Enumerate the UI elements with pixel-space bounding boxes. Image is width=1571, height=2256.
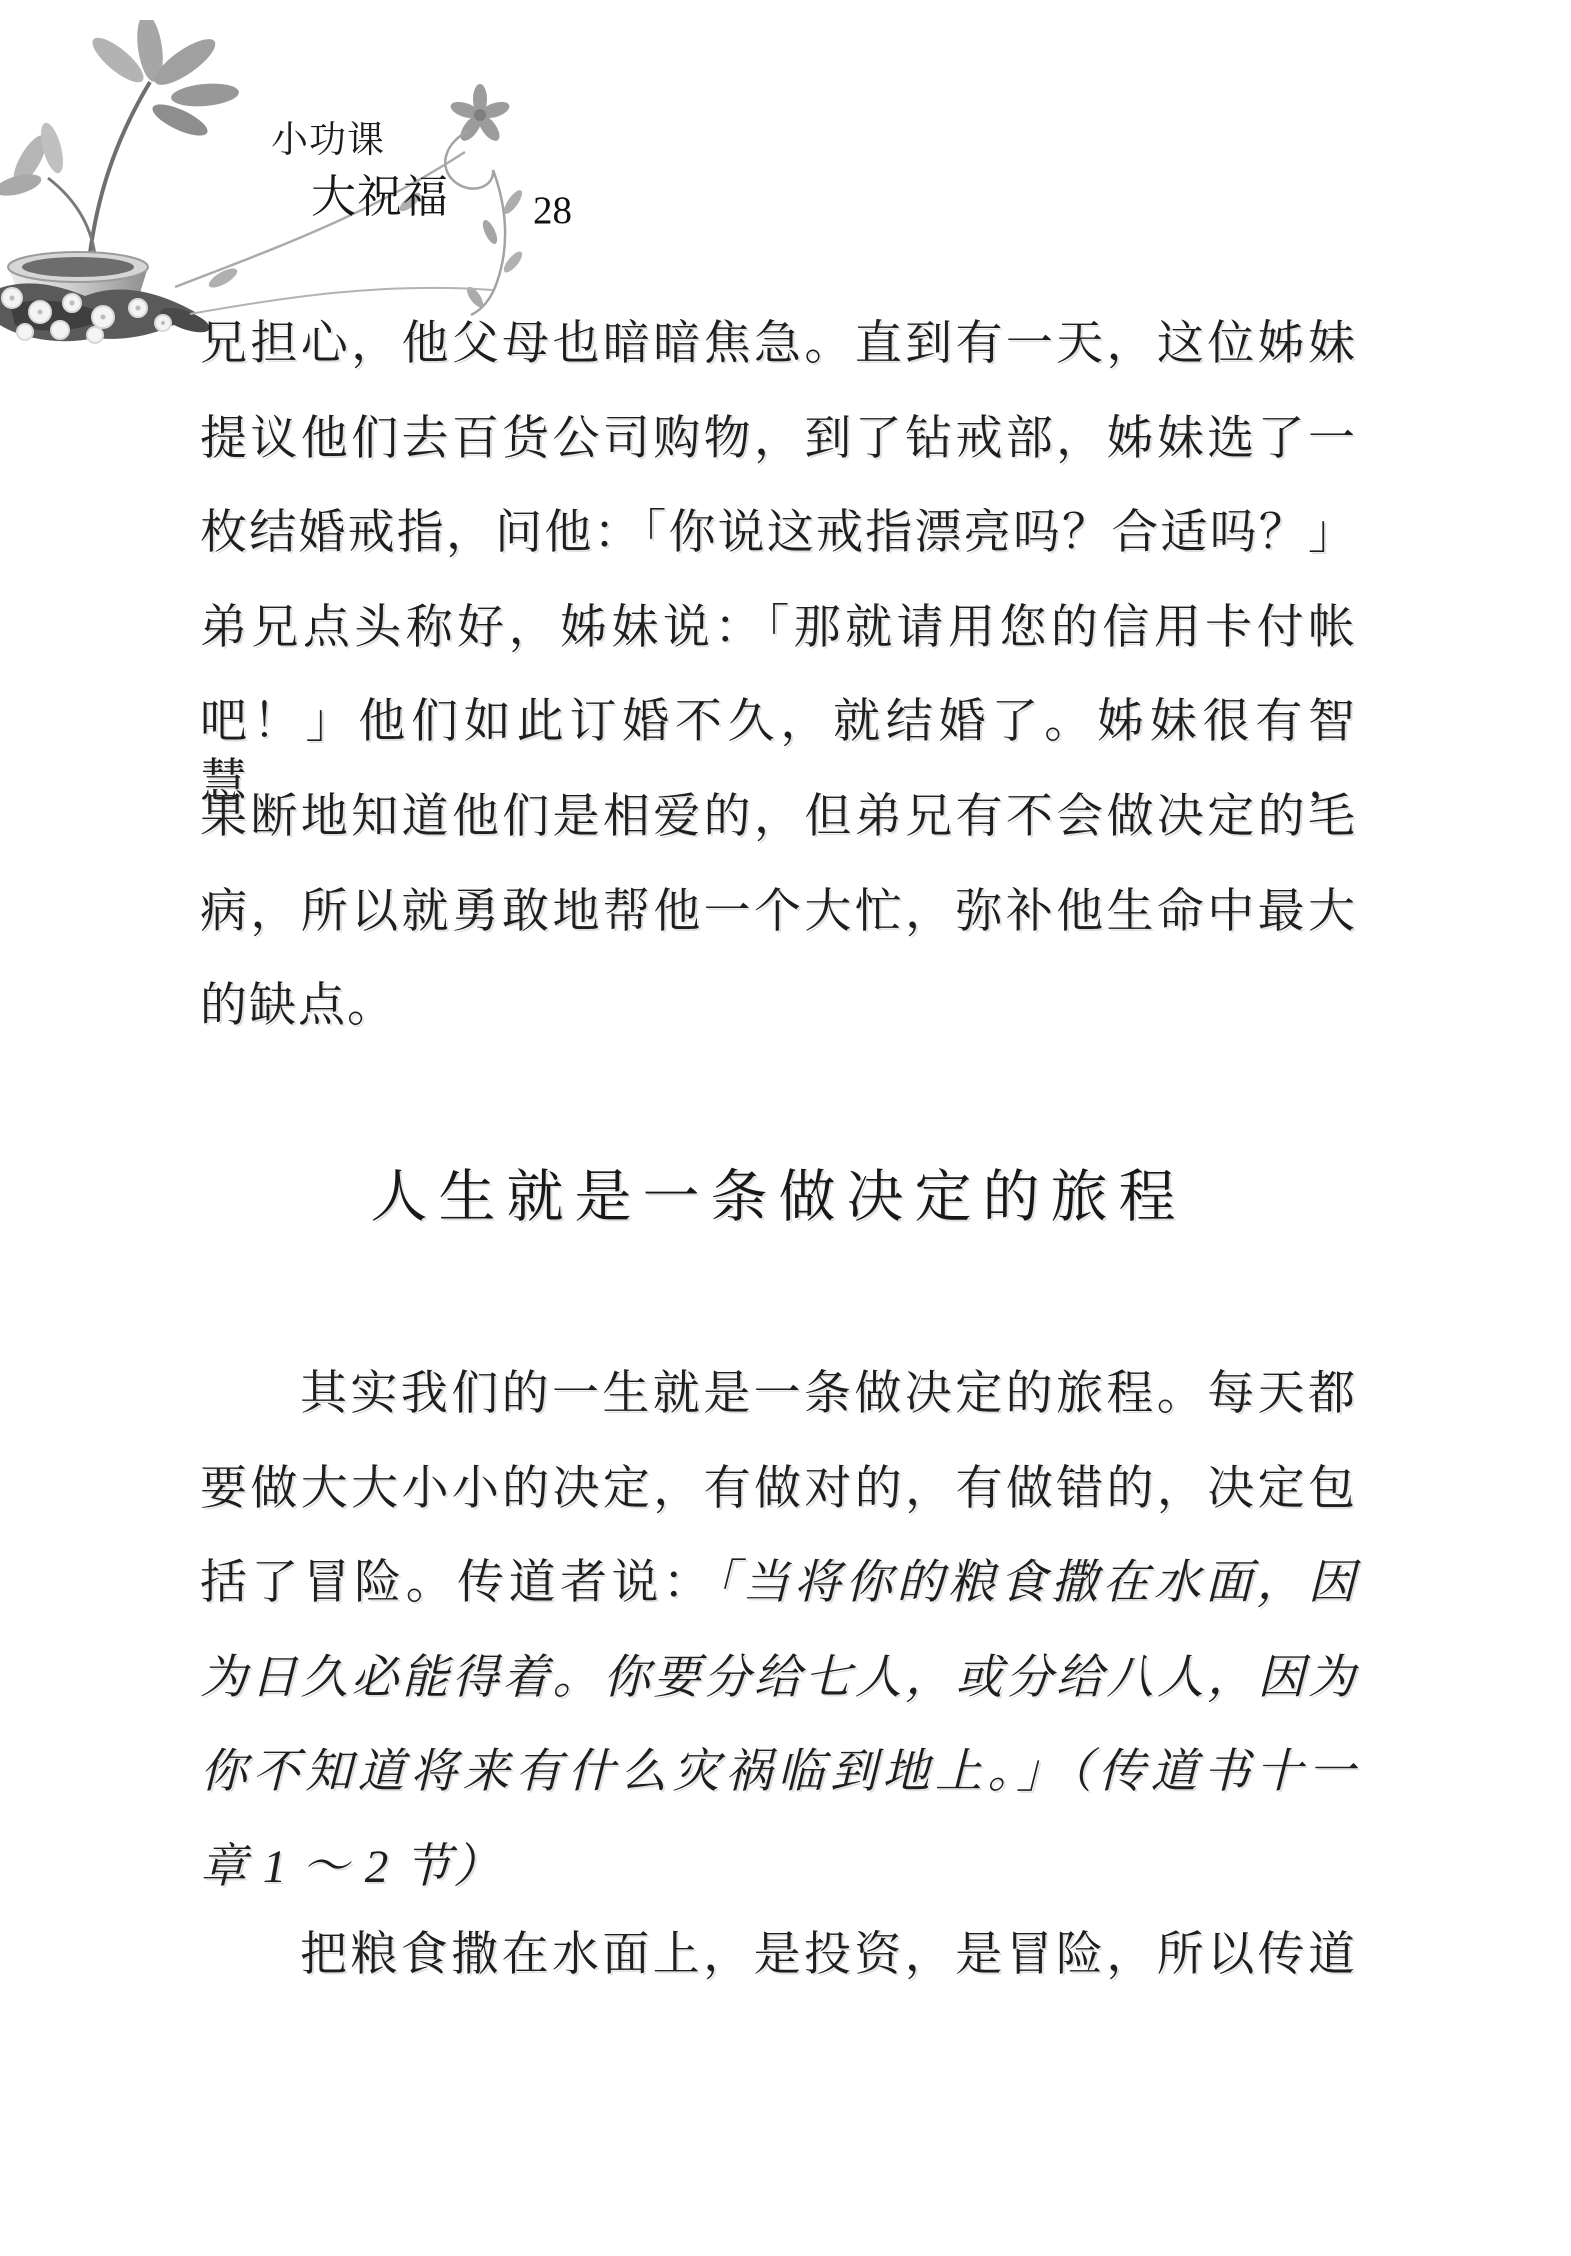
paragraph3-line-1: 把粮食撒在水面上，是投资，是冒险，所以传道 bbox=[200, 1925, 1357, 1985]
paragraph1-line-1: 兄担心，他父母也暗暗焦急。直到有一天，这位姊妹 bbox=[200, 314, 1357, 374]
paragraph1-line-2: 提议他们去百货公司购物，到了钻戒部，姊妹选了一 bbox=[200, 409, 1357, 469]
paragraph1-line-4: 弟兄点头称好，姊妹说：「那就请用您的信用卡付帐 bbox=[200, 598, 1357, 658]
paragraph2-line-3: 括了冒险。传道者说：「当将你的粮食撒在水面，因 bbox=[200, 1553, 1357, 1613]
text-column: 兄担心，他父母也暗暗焦急。直到有一天，这位姊妹 提议他们去百货公司购物，到了钻戒… bbox=[200, 0, 1357, 2256]
paragraph1-line-7: 病，所以就勇敢地帮他一个大忙，弥补他生命中最大 bbox=[200, 882, 1357, 942]
paragraph2-line-6-scripture-reference: 章 1 ～ 2 节） bbox=[200, 1837, 1357, 1897]
paragraph2-line-4: 为日久必能得着。你要分给七人，或分给八人，因为 bbox=[200, 1648, 1357, 1708]
paragraph2-line-5: 你不知道将来有什么灾祸临到地上。」（传道书十一 bbox=[200, 1742, 1357, 1802]
paragraph1-line-8: 的缺点。 bbox=[200, 976, 1357, 1036]
scripture-quote-text: 「当将你的粮食撒在水面，因 bbox=[714, 1557, 1357, 1609]
paragraph2-line-1: 其实我们的一生就是一条做决定的旅程。每天都 bbox=[200, 1364, 1357, 1424]
narration-text: 括了冒险。传道者说： bbox=[200, 1557, 714, 1609]
paragraph1-line-3: 枚结婚戒指，问他：「你说这戒指漂亮吗？合适吗？」 bbox=[200, 503, 1357, 563]
paragraph2-line-2: 要做大大小小的决定，有做对的，有做错的，决定包 bbox=[200, 1459, 1357, 1519]
book-page: 小功课 大祝福 28 兄担心，他父母也暗暗焦急。直到有一天，这位姊妹 提议他们去… bbox=[0, 0, 1571, 2256]
paragraph1-line-6: 果断地知道他们是相爱的，但弟兄有不会做决定的毛 bbox=[200, 787, 1357, 847]
section-heading: 人生就是一条做决定的旅程 bbox=[200, 1163, 1357, 1233]
